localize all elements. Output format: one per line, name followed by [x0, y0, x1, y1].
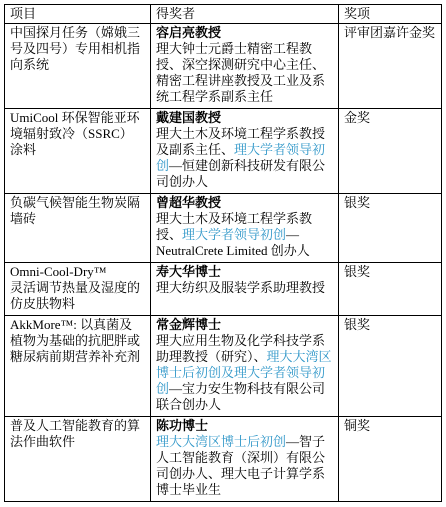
winner-name: 曾超华教授	[156, 195, 333, 211]
winner-name: 寿大华博士	[156, 264, 333, 280]
column-header-project: 项目	[5, 5, 151, 24]
winner-desc: 理大纺织及服装学系助理教授	[156, 280, 333, 296]
table-row: UmiCool 环保智能亚环境辐射致冷（SSRC）涂料 戴建国教授 理大土木及环…	[5, 109, 442, 194]
project-cell: UmiCool 环保智能亚环境辐射致冷（SSRC）涂料	[5, 109, 151, 194]
winner-name: 常金辉博士	[156, 317, 333, 333]
award-cell: 银奖	[339, 263, 442, 316]
winner-desc: 理大大湾区博士后初创—智子人工智能教育（深圳）有限公司创办人、理大电子计算学系博…	[156, 434, 333, 498]
project-cell: AkkMore™: 以真菌及植物为基础的抗肥胖或糖尿病前期营养补充剂	[5, 316, 151, 417]
project-cell: 普及人工智能教育的算法作曲软件	[5, 417, 151, 502]
award-cell: 铜奖	[339, 417, 442, 502]
table-row: 负碳气候智能生物炭隔墙砖 曾超华教授 理大土木及环境工程学系教授、理大学者领导初…	[5, 194, 442, 263]
document-page: 项目 得奖者 奖项 中国探月任务（嫦娥三号及四号）专用相机指向系统 容启亮教授 …	[0, 0, 446, 507]
winner-name: 容启亮教授	[156, 25, 333, 41]
polyu-program-link[interactable]: 理大大湾区博士后初创	[156, 434, 286, 449]
table-row: Omni-Cool-Dry™ 灵活调节热量及湿度的仿皮肤物料 寿大华博士 理大纺…	[5, 263, 442, 316]
polyu-program-link[interactable]: 理大学者领导初创	[182, 227, 286, 242]
winner-cell: 曾超华教授 理大土木及环境工程学系教授、理大学者领导初创—NeutralCret…	[151, 194, 339, 263]
project-cell: Omni-Cool-Dry™ 灵活调节热量及湿度的仿皮肤物料	[5, 263, 151, 316]
award-cell: 银奖	[339, 316, 442, 417]
table-row: AkkMore™: 以真菌及植物为基础的抗肥胖或糖尿病前期营养补充剂 常金辉博士…	[5, 316, 442, 417]
project-cell: 负碳气候智能生物炭隔墙砖	[5, 194, 151, 263]
winner-desc-text: 理大钟士元爵士精密工程教授、深空探测研究中心主任、精密工程讲座教授及工业及系统工…	[156, 41, 325, 104]
header-row: 项目 得奖者 奖项	[5, 5, 442, 24]
winner-desc: 理大土木及环境工程学系教授、理大学者领导初创—NeutralCrete Limi…	[156, 211, 333, 259]
winner-desc-text: —恒建创新科技研发有限公司创办人	[156, 158, 325, 189]
table-row: 中国探月任务（嫦娥三号及四号）专用相机指向系统 容启亮教授 理大钟士元爵士精密工…	[5, 24, 442, 109]
winner-desc: 理大土木及环境工程学系教授及副系主任、理大学者领导初创—恒建创新科技研发有限公司…	[156, 126, 333, 190]
award-cell: 银奖	[339, 194, 442, 263]
winner-name: 陈功博士	[156, 418, 333, 434]
winner-cell: 容启亮教授 理大钟士元爵士精密工程教授、深空探测研究中心主任、精密工程讲座教授及…	[151, 24, 339, 109]
winner-name: 戴建国教授	[156, 110, 333, 126]
winner-desc-text: —宝力安生物科技有限公司联合创办人	[156, 381, 325, 412]
awards-table: 项目 得奖者 奖项 中国探月任务（嫦娥三号及四号）专用相机指向系统 容启亮教授 …	[4, 4, 442, 502]
winner-desc: 理大钟士元爵士精密工程教授、深空探测研究中心主任、精密工程讲座教授及工业及系统工…	[156, 41, 333, 105]
award-cell: 评审团嘉许金奖	[339, 24, 442, 109]
winner-cell: 陈功博士 理大大湾区博士后初创—智子人工智能教育（深圳）有限公司创办人、理大电子…	[151, 417, 339, 502]
column-header-award: 奖项	[339, 5, 442, 24]
winner-cell: 寿大华博士 理大纺织及服装学系助理教授	[151, 263, 339, 316]
column-header-winner: 得奖者	[151, 5, 339, 24]
winner-desc: 理大应用生物及化学科技学系助理教授（研究）、理大大湾区博士后初创及理大学者领导初…	[156, 333, 333, 413]
award-cell: 金奖	[339, 109, 442, 194]
winner-desc-text: 理大纺织及服装学系助理教授	[156, 280, 325, 295]
table-row: 普及人工智能教育的算法作曲软件 陈功博士 理大大湾区博士后初创—智子人工智能教育…	[5, 417, 442, 502]
winner-cell: 常金辉博士 理大应用生物及化学科技学系助理教授（研究）、理大大湾区博士后初创及理…	[151, 316, 339, 417]
winner-cell: 戴建国教授 理大土木及环境工程学系教授及副系主任、理大学者领导初创—恒建创新科技…	[151, 109, 339, 194]
project-cell: 中国探月任务（嫦娥三号及四号）专用相机指向系统	[5, 24, 151, 109]
